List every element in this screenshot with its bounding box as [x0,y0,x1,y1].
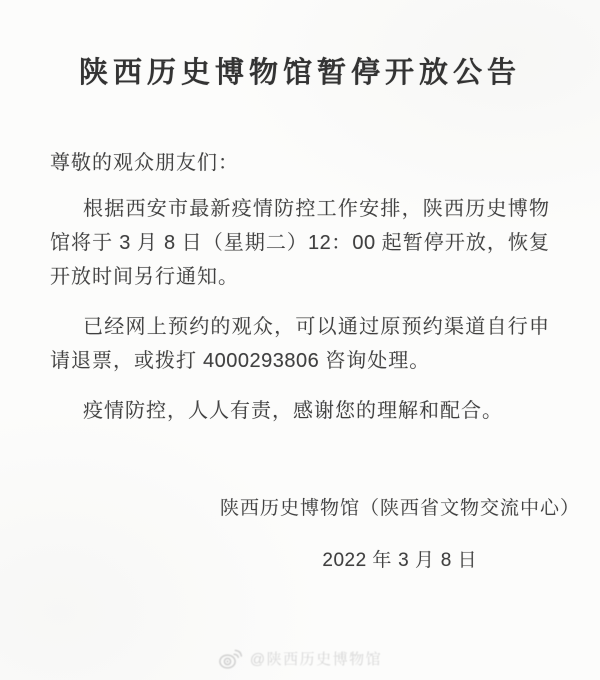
signature-block: 陕西历史博物馆（陕西省文物交流中心） 2022 年 3 月 8 日 [200,492,600,578]
weibo-logo-icon [218,648,242,669]
notice-document: 陕西历史博物馆暂停开放公告 尊敬的观众朋友们： 根据西安市最新疫情防控工作安排，… [0,0,600,680]
paragraph-thanks: 疫情防控，人人有责，感谢您的理解和配合。 [50,394,550,428]
signature-line: 陕西历史博物馆（陕西省文物交流中心） [200,492,600,526]
watermark-text: @陕西历史博物馆 [250,648,382,669]
paragraph-refund-instructions: 已经网上预约的观众，可以通过原预约渠道自行申请退票，或拨打 4000293806… [50,310,550,378]
salutation: 尊敬的观众朋友们： [50,146,550,180]
document-body: 尊敬的观众朋友们： 根据西安市最新疫情防控工作安排，陕西历史博物馆将于 3 月 … [0,146,600,578]
date-line: 2022 年 3 月 8 日 [200,544,600,578]
paragraph-closure-announcement: 根据西安市最新疫情防控工作安排，陕西历史博物馆将于 3 月 8 日（星期二）12… [50,192,550,294]
document-title: 陕西历史博物馆暂停开放公告 [0,55,600,91]
weibo-watermark: @陕西历史博物馆 [0,648,600,669]
